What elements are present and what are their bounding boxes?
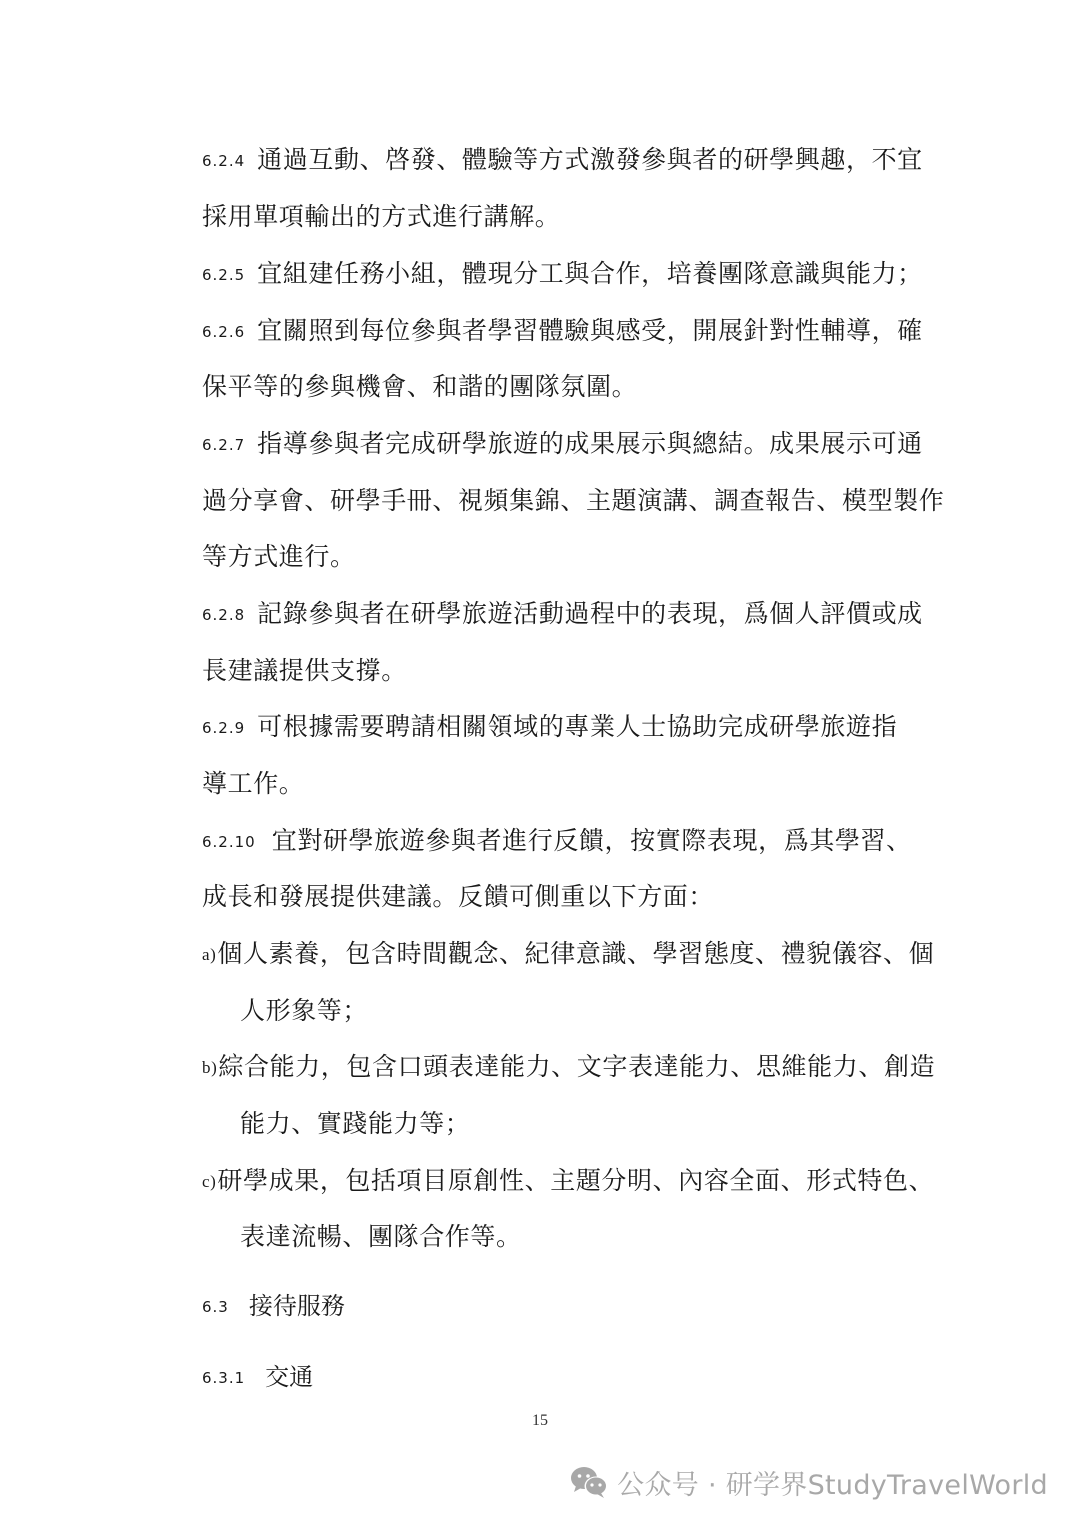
clause-number: 6.2.9	[202, 719, 245, 737]
list-item-b: b)綜合能力，包含口頭表達能力、文字表達能力、思維能力、創造	[202, 1052, 935, 1083]
paragraph-line: 過分享會、研學手冊、視頻集錦、主題演講、調查報告、模型製作	[202, 486, 944, 516]
clause-number: 6.2.10	[202, 833, 256, 851]
list-item-text: 個人素養，包含時間觀念、紀律意識、學習態度、禮貌儀容、個	[217, 939, 934, 968]
list-item-text: 表達流暢、團隊合作等。	[240, 1222, 522, 1251]
clause-text: 採用單項輸出的方式進行講解。	[202, 202, 560, 231]
clause-number: 6.2.5	[202, 266, 245, 284]
paragraph-line-6-2-9: 6.2.9可根據需要聘請相關領域的專業人士協助完成研學旅遊指	[202, 712, 897, 743]
clause-text: 過分享會、研學手冊、視頻集錦、主題演講、調查報告、模型製作	[202, 486, 944, 515]
paragraph-line-6-2-8: 6.2.8記錄參與者在研學旅遊活動過程中的表現，爲個人評價或成	[202, 599, 923, 630]
list-marker: c)	[202, 1172, 216, 1191]
clause-text: 記錄參與者在研學旅遊活動過程中的表現，爲個人評價或成	[257, 599, 923, 628]
section-number: 6.3	[202, 1298, 229, 1316]
list-item-a: a)個人素養，包含時間觀念、紀律意識、學習態度、禮貌儀容、個	[202, 939, 934, 970]
paragraph-line: 等方式進行。	[202, 542, 356, 572]
clause-text: 宜組建任務小組，體現分工與合作，培養團隊意識與能力；	[257, 259, 923, 288]
clause-number: 6.2.7	[202, 436, 245, 454]
clause-text: 等方式進行。	[202, 542, 356, 571]
clause-text: 通過互動、啓發、體驗等方式激發參與者的研學興趣，不宜	[257, 145, 923, 174]
list-marker: a)	[202, 945, 216, 964]
paragraph-line-6-2-6: 6.2.6宜關照到每位參與者學習體驗與感受，開展針對性輔導，確	[202, 316, 923, 347]
clause-text: 指導參與者完成研學旅遊的成果展示與總結。成果展示可通	[257, 429, 923, 458]
paragraph-line-6-2-7: 6.2.7指導參與者完成研學旅遊的成果展示與總結。成果展示可通	[202, 429, 923, 460]
paragraph-line-6-2-10: 6.2.10宜對研學旅遊參與者進行反饋，按實際表現，爲其學習、	[202, 826, 912, 857]
list-item-text: 研學成果，包括項目原創性、主題分明、內容全面、形式特色、	[217, 1166, 934, 1195]
clause-text: 保平等的參與機會、和諧的團隊氛圍。	[202, 372, 637, 401]
clause-text: 可根據需要聘請相關領域的專業人士協助完成研學旅遊指	[257, 712, 897, 741]
section-heading-6-3-1: 6.3.1交通	[202, 1362, 313, 1393]
watermark: 公众号 · 研学界StudyTravelWorld	[569, 1462, 1048, 1502]
paragraph-line: 長建議提供支撐。	[202, 656, 407, 686]
page-number: 15	[0, 1412, 1080, 1430]
clause-text: 長建議提供支撐。	[202, 656, 407, 685]
paragraph-line-6-2-5: 6.2.5宜組建任務小組，體現分工與合作，培養團隊意識與能力；	[202, 259, 923, 290]
list-item-continuation: 能力、實踐能力等；	[240, 1109, 470, 1139]
section-title: 交通	[265, 1363, 313, 1391]
paragraph-line: 保平等的參與機會、和諧的團隊氛圍。	[202, 372, 637, 402]
clause-text: 宜對研學旅遊參與者進行反饋，按實際表現，爲其學習、	[272, 826, 912, 855]
wechat-icon	[569, 1465, 609, 1499]
clause-number: 6.2.4	[202, 152, 245, 170]
watermark-text: 公众号 · 研学界StudyTravelWorld	[617, 1463, 1048, 1502]
paragraph-line: 成長和發展提供建議。反饋可側重以下方面：	[202, 882, 714, 912]
list-item-c: c)研學成果，包括項目原創性、主題分明、內容全面、形式特色、	[202, 1166, 934, 1197]
paragraph-line-6-2-4: 6.2.4通過互動、啓發、體驗等方式激發參與者的研學興趣，不宜	[202, 145, 923, 176]
list-item-continuation: 表達流暢、團隊合作等。	[240, 1222, 522, 1252]
clause-text: 導工作。	[202, 769, 304, 798]
clause-number: 6.2.8	[202, 606, 245, 624]
list-marker: b)	[202, 1058, 217, 1077]
document-page: 6.2.4通過互動、啓發、體驗等方式激發參與者的研學興趣，不宜 採用單項輸出的方…	[0, 0, 1080, 1527]
section-number: 6.3.1	[202, 1369, 245, 1387]
list-item-continuation: 人形象等；	[240, 996, 368, 1026]
section-heading-6-3: 6.3接待服務	[202, 1291, 345, 1322]
paragraph-line: 導工作。	[202, 769, 304, 799]
list-item-text: 能力、實踐能力等；	[240, 1109, 470, 1138]
section-title: 接待服務	[249, 1292, 345, 1320]
paragraph-line: 採用單項輸出的方式進行講解。	[202, 202, 560, 232]
clause-text: 宜關照到每位參與者學習體驗與感受，開展針對性輔導，確	[257, 316, 923, 345]
list-item-text: 人形象等；	[240, 996, 368, 1025]
list-item-text: 綜合能力，包含口頭表達能力、文字表達能力、思維能力、創造	[218, 1052, 935, 1081]
clause-number: 6.2.6	[202, 323, 245, 341]
clause-text: 成長和發展提供建議。反饋可側重以下方面：	[202, 882, 714, 911]
